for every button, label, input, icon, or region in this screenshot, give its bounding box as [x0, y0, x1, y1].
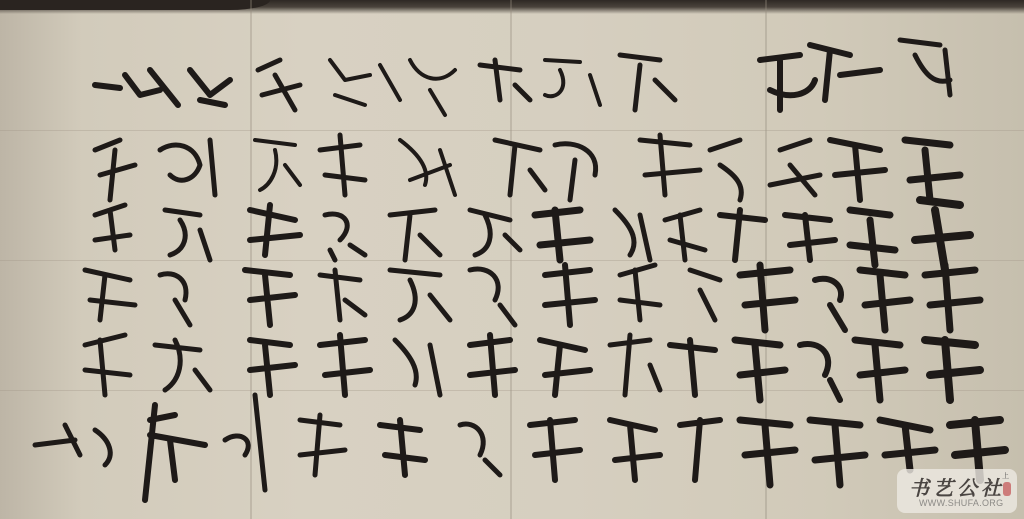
- calligraphy-strokes: [0, 0, 1024, 519]
- seal-stamp-icon: [1003, 482, 1011, 496]
- watermark: 书艺公社 WWW.SHUFA.ORG 上: [897, 469, 1017, 513]
- watermark-title: 书艺公社: [909, 472, 1005, 501]
- watermark-url: WWW.SHUFA.ORG: [919, 498, 1003, 508]
- calligraphy-photo: 书艺公社 WWW.SHUFA.ORG 上: [0, 0, 1024, 519]
- watermark-seal-text: 上: [1002, 471, 1009, 481]
